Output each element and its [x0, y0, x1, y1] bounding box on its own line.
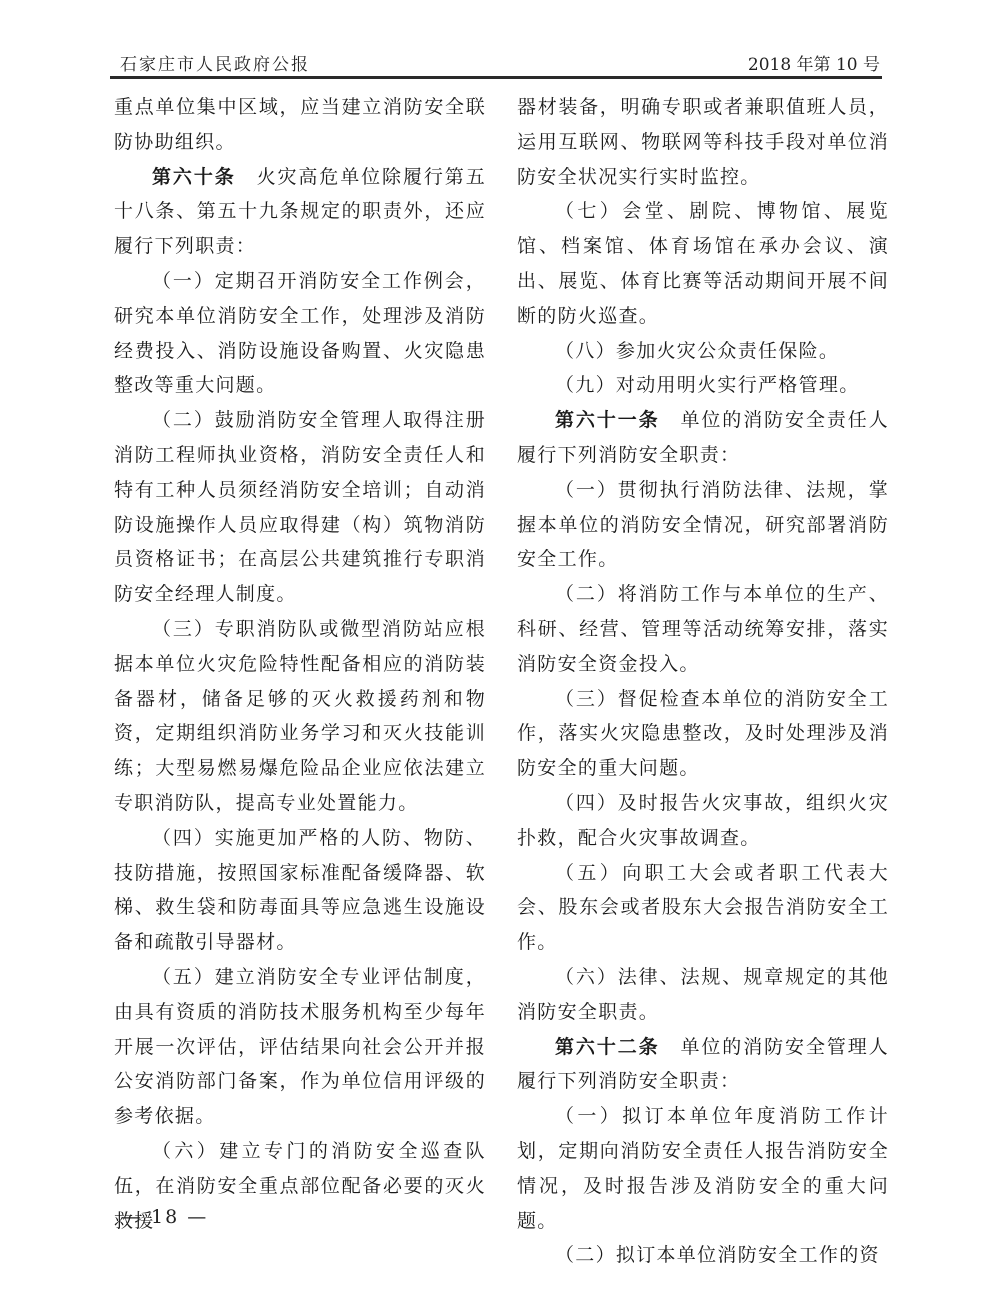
- article-heading: 第六十条: [152, 166, 236, 188]
- left-column: 重点单位集中区域，应当建立消防安全联防协助组织。 第六十条 火灾高危单位除履行第…: [114, 90, 486, 1238]
- article-paragraph: 第六十二条 单位的消防安全管理人履行下列消防安全职责：: [517, 1030, 889, 1100]
- article-heading: 第六十一条: [555, 409, 660, 431]
- paragraph: （一）拟订本单位年度消防工作计划，定期向消防安全责任人报告消防安全情况，及时报告…: [517, 1099, 889, 1238]
- article-heading: 第六十二条: [555, 1036, 660, 1058]
- publication-title: 石家庄市人民政府公报: [120, 50, 310, 75]
- paragraph: （八）参加火灾公众责任保险。: [517, 334, 889, 369]
- paragraph: （四）实施更加严格的人防、物防、技防措施，按照国家标准配备缓降器、软梯、救生袋和…: [114, 821, 486, 960]
- paragraph: （五）建立消防安全专业评估制度，由具有资质的消防技术服务机构至少每年开展一次评估…: [114, 960, 486, 1134]
- paragraph: （三）专职消防队或微型消防站应根据本单位火灾危险特性配备相应的消防装备器材，储备…: [114, 612, 486, 821]
- paragraph: （二）鼓励消防安全管理人取得注册消防工程师执业资格，消防安全责任人和特有工种人员…: [114, 403, 486, 612]
- issue-number: 2018 年第 10 号: [748, 50, 880, 75]
- paragraph: 器材装备，明确专职或者兼职值班人员，运用互联网、物联网等科技手段对单位消防安全状…: [517, 90, 889, 194]
- paragraph: 重点单位集中区域，应当建立消防安全联防协助组织。: [114, 90, 486, 160]
- paragraph: （五）向职工大会或者职工代表大会、股东会或者股东大会报告消防安全工作。: [517, 856, 889, 960]
- paragraph: （七）会堂、剧院、博物馆、展览馆、档案馆、体育场馆在承办会议、演出、展览、体育比…: [517, 194, 889, 333]
- paragraph: （三）督促检查本单位的消防安全工作，落实火灾隐患整改，及时处理涉及消防安全的重大…: [517, 682, 889, 786]
- paragraph: （四）及时报告火灾事故，组织火灾扑救，配合火灾事故调查。: [517, 786, 889, 856]
- paragraph: （一）贯彻执行消防法律、法规，掌握本单位的消防安全情况，研究部署消防安全工作。: [517, 473, 889, 577]
- paragraph: （一）定期召开消防安全工作例会，研究本单位消防安全工作，处理涉及消防经费投入、消…: [114, 264, 486, 403]
- paragraph: （九）对动用明火实行严格管理。: [517, 368, 889, 403]
- page-number: — 18 —: [122, 1206, 208, 1228]
- page-header: 石家庄市人民政府公报 2018 年第 10 号: [110, 50, 882, 78]
- paragraph: （六）法律、法规、规章规定的其他消防安全职责。: [517, 960, 889, 1030]
- article-paragraph: 第六十条 火灾高危单位除履行第五十八条、第五十九条规定的职责外，还应履行下列职责…: [114, 160, 486, 264]
- article-paragraph: 第六十一条 单位的消防安全责任人履行下列消防安全职责：: [517, 403, 889, 473]
- right-column: 器材装备，明确专职或者兼职值班人员，运用互联网、物联网等科技手段对单位消防安全状…: [517, 90, 889, 1273]
- paragraph: （二）拟订本单位消防安全工作的资: [517, 1238, 889, 1273]
- header-divider: [110, 76, 882, 79]
- paragraph: （二）将消防工作与本单位的生产、科研、经营、管理等活动统筹安排，落实消防安全资金…: [517, 577, 889, 681]
